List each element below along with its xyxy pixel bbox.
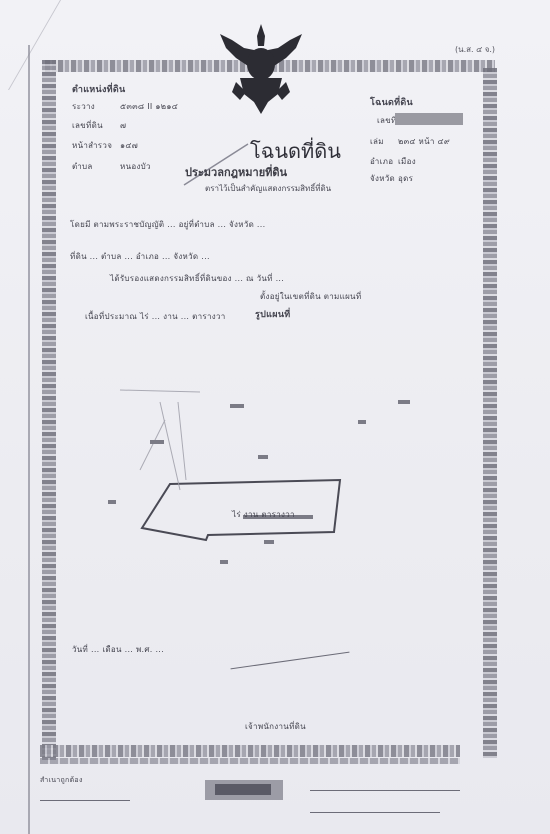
copy-stamp-inner: [215, 784, 271, 795]
bottom-right-stamp-line: [310, 790, 460, 791]
bottom-right-stamp-line: [310, 812, 440, 813]
map-label-area: ไร่ งาน ตารางวา: [232, 508, 295, 521]
stamp-left-text: สำเนาถูกต้อง: [40, 775, 83, 786]
scanned-deed-page: (น.ส. ๔ จ.) ตำแหน่งที่ดิน ระวาง ๕๓๓๘ II …: [0, 0, 550, 834]
land-plot-map: [0, 0, 550, 834]
signer-title: เจ้าพนักงานที่ดิน: [245, 720, 306, 733]
footer-date: วันที่ ... เดือน ... พ.ศ. ...: [72, 643, 164, 656]
bottom-signature-line: [40, 800, 130, 801]
